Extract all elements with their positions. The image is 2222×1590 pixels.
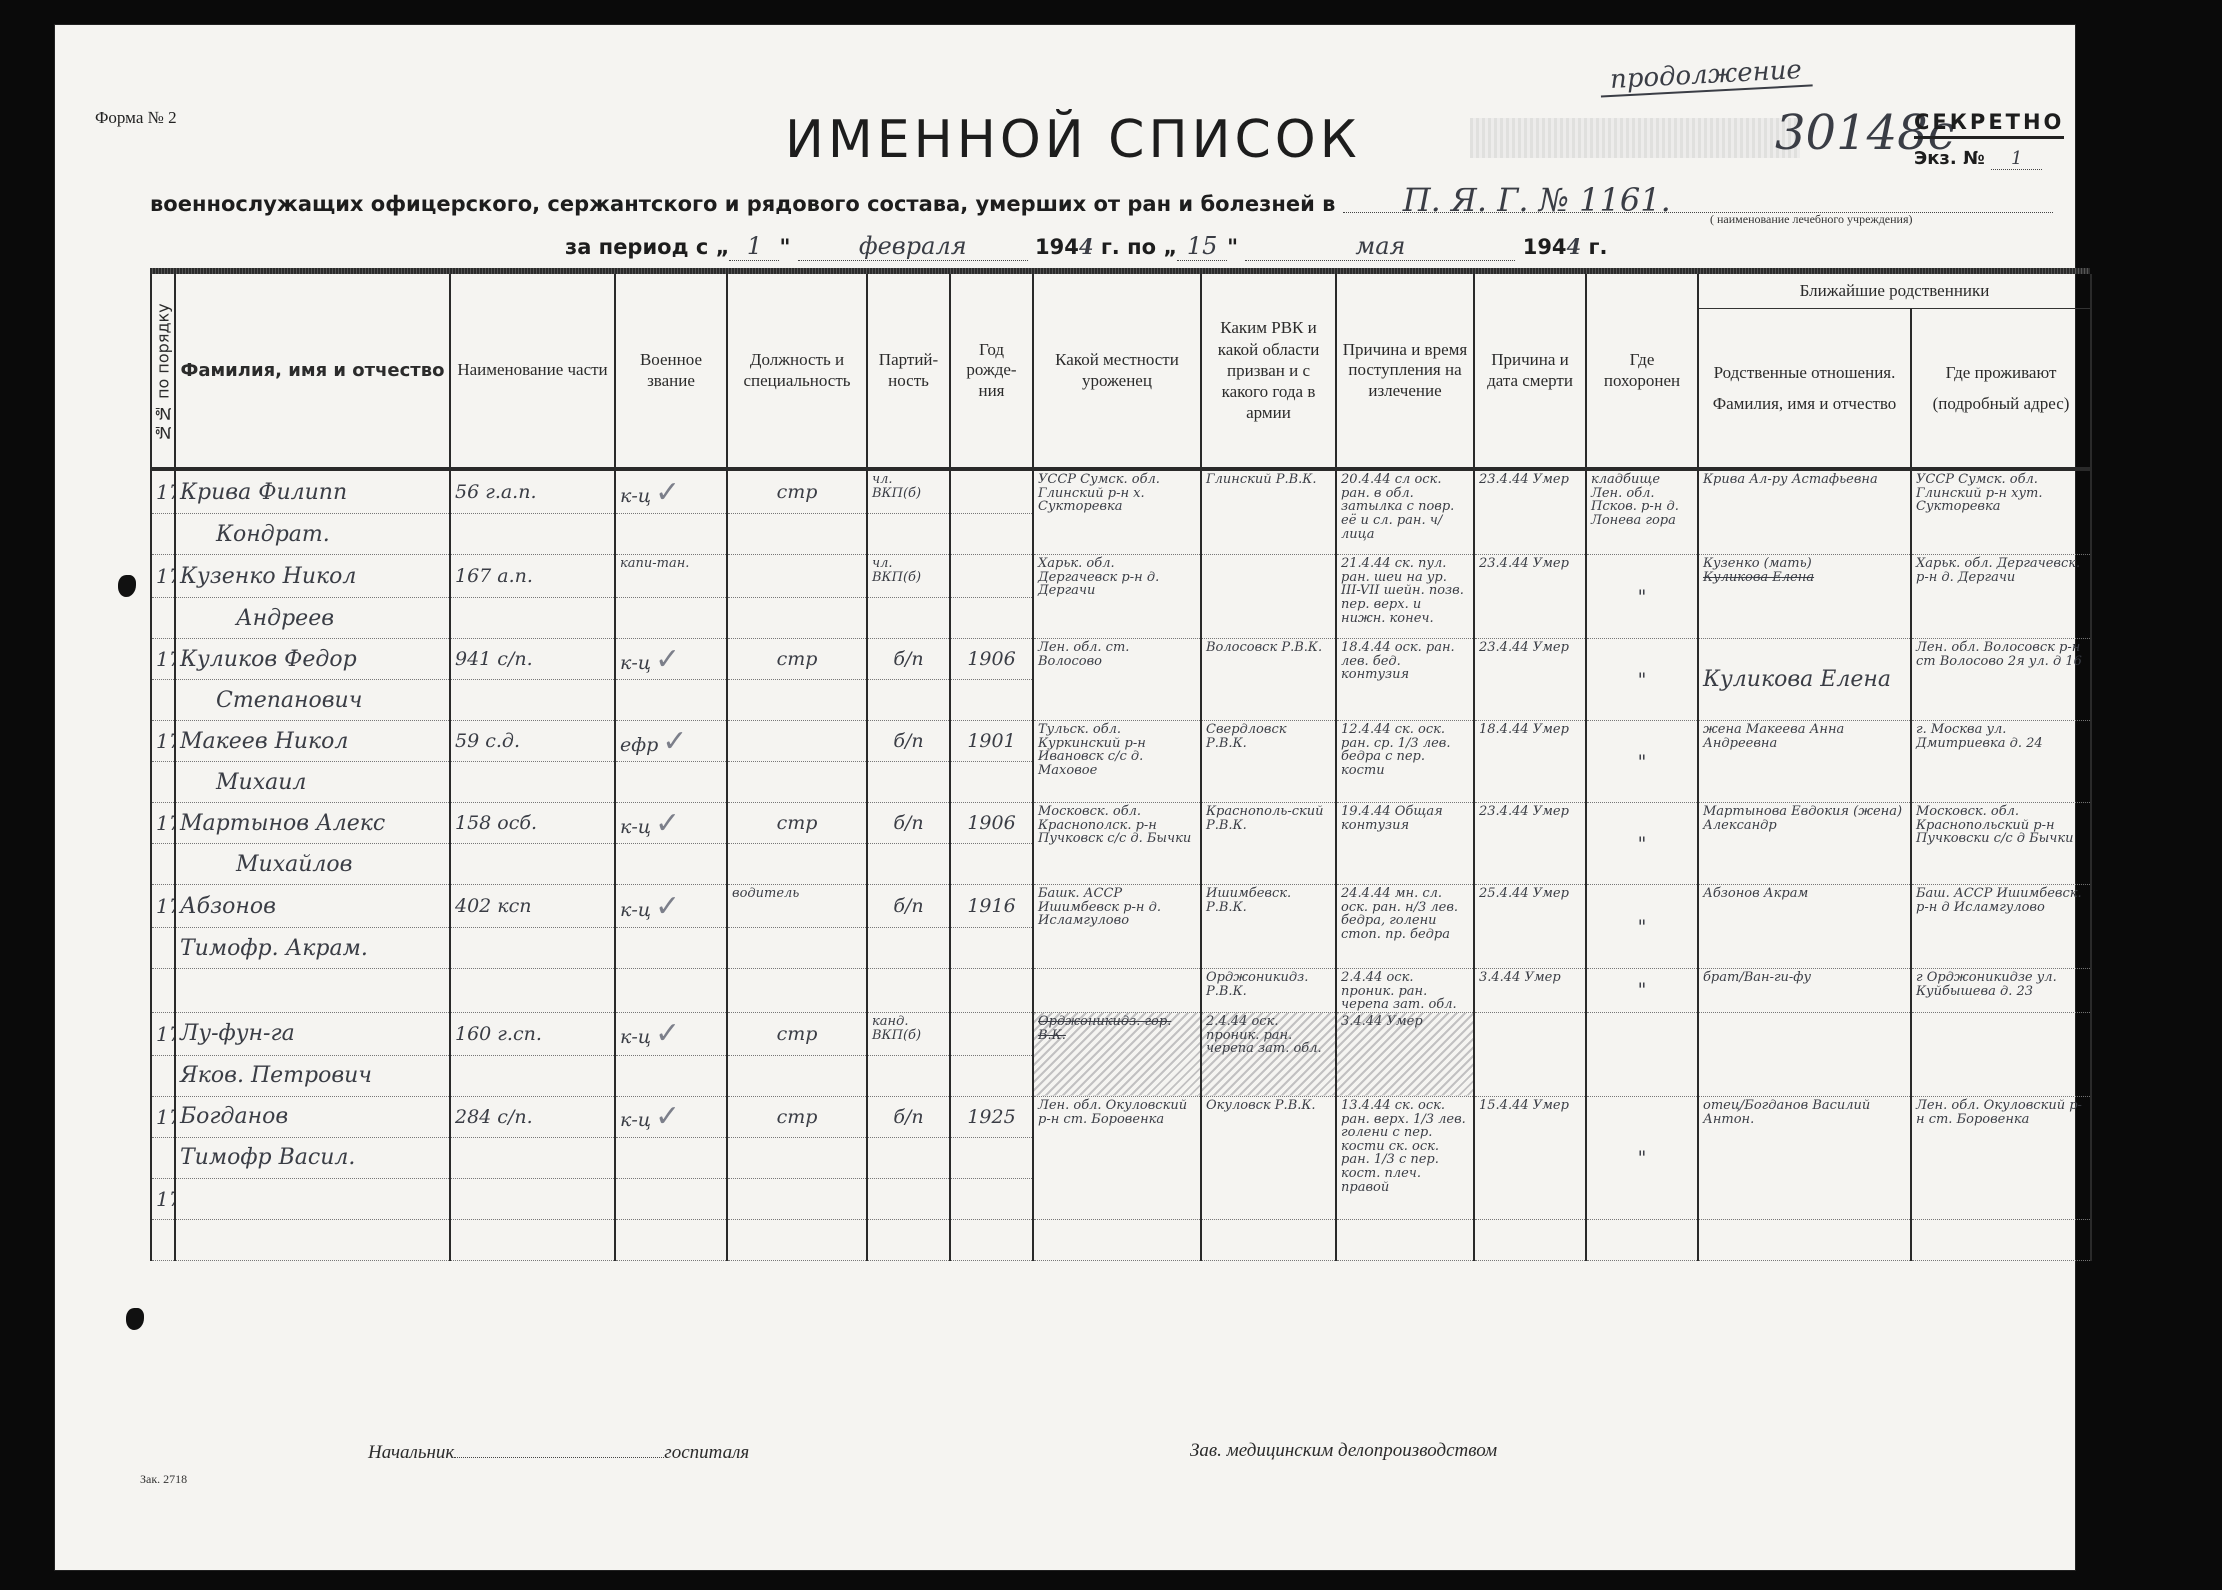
admission-struck: 3.4.44 Умер [1336,1012,1474,1096]
checkmark-icon: ✓ [655,1099,680,1134]
checkmark-icon: ✓ [655,806,680,841]
row-number: 171 [151,469,175,514]
col-birth-year: Год рожде-ния [950,274,1033,469]
relative-address: УССР Сумск. обл. Глинский р-н хут. Сукто… [1911,469,2091,555]
position: стр [727,1012,867,1055]
table-row: 178 Богданов 284 с/п. к-ц✓ стр б/п 1925 … [151,1096,2091,1137]
birth-year: 1901 [950,721,1033,762]
death: 23.4.44 Умер [1474,555,1586,639]
row-number: 176 [151,885,175,928]
burial-place: " [1586,885,1698,969]
birthplace: Башк. АССР Ишимбевск р-н д. Исламгулово [1033,885,1201,969]
period-to-year-prefix: 194 [1523,235,1567,259]
col-name: Фамилия, имя и отчество [175,274,450,469]
chief-signature-field [454,1457,664,1458]
col-rank: Военное звание [615,274,727,469]
relative-name: Абзонов Акрам [1698,885,1911,969]
hospital-label: госпиталя [664,1442,749,1463]
burial-place: " [1586,639,1698,721]
col-birthplace: Какой местности уроженец [1033,274,1201,469]
relative-address: Московск. обл. Краснопольский р-н Пучков… [1911,803,2091,885]
soldier-name: Богданов [175,1096,450,1137]
col-admission: Причина и время поступления на излечение [1336,274,1474,469]
casualty-table: №№ по порядку Фамилия, имя и отчество На… [150,274,2092,1261]
table-row: 174 Макеев Никол 59 с.д. ефр✓ б/п 1901 Т… [151,721,2091,762]
burial-place: " [1586,803,1698,885]
copy-value: 1 [1991,148,2042,170]
relative-name: Мартынова Евдокия (жена) Александр [1698,803,1911,885]
col-num: №№ по порядку [151,274,175,469]
records-head-line: Зав. медицинским делопроизводством [1190,1440,1497,1462]
party: б/п [867,803,950,844]
burial-place [1586,1012,1698,1096]
rvk: Орджоникидз. Р.В.К. [1201,969,1336,1013]
birthplace: Тульск. обл. Куркинский р-н Ивановск с/с… [1033,721,1201,803]
soldier-patronymic: Тимофр. Акрам. [175,928,450,969]
relative-address: Лен. обл. Окуловский р-н ст. Боровенка [1911,1096,2091,1219]
party: чл. ВКП(б) [867,555,950,598]
rank: к-ц✓ [615,885,727,928]
birth-year: 1906 [950,803,1033,844]
birthplace: Московск. обл. Краснополск. р-н Пучковск… [1033,803,1201,885]
table-row: 177 Лу-фун-га 160 г.сп. к-ц✓ стр канд. В… [151,1012,2091,1055]
unit: 59 с.д. [450,721,615,762]
soldier-patronymic: Андреев [175,598,450,639]
position: стр [727,469,867,514]
relative-address: г Орджоникидзе ул. Куйбышева д. 23 [1911,969,2091,1013]
soldier-name: Крива Филипп [175,469,450,514]
period-to-year-digit: 4 [1567,234,1582,259]
rank: к-ц✓ [615,803,727,844]
institution-field: П. Я. Г. № 1161. [1343,188,2053,213]
table-row: 173. Куликов Федор 941 с/п. к-ц✓ стр б/п… [151,639,2091,680]
death: 18.4.44 Умер [1474,721,1586,803]
col-relatives-address: Где проживают (подробный адрес) [1911,309,2091,470]
position: стр [727,639,867,680]
death: 23.4.44 Умер [1474,639,1586,721]
burial-place: " [1586,721,1698,803]
admission: 21.4.44 ск. пул. ран. шеи на ур. III-VII… [1336,555,1474,639]
unit: 402 ксп [450,885,615,928]
birthplace: Лен. обл. ст. Волосово [1033,639,1201,721]
rvk: Свердловск Р.В.К. [1201,721,1336,803]
death: 3.4.44 Умер [1474,969,1586,1013]
checkmark-icon: ✓ [655,642,680,677]
soldier-name: Абзонов [175,885,450,928]
period-prefix: за период с „ [565,235,729,259]
checkmark-icon: ✓ [655,889,680,924]
rvk: Ишимбевск. Р.В.К. [1201,885,1336,969]
institution-note: ( наименование лечебного учреждения) [1710,212,1912,227]
birthplace: Харьк. обл. Дергачевск р-н д. Дергачи [1033,555,1201,639]
checkmark-icon: ✓ [655,1016,680,1051]
soldier-patronymic: Тимофр Васил. [175,1137,450,1178]
relative-address: Лен. обл. Волосовск р-н ст Волосово 2я у… [1911,639,2091,721]
soldier-name: Кузенко Никол [175,555,450,598]
unit: 941 с/п. [450,639,615,680]
birthplace [1033,969,1201,1013]
unit: 158 осб. [450,803,615,844]
soldier-patronymic: Михайлов [175,844,450,885]
burial-place: " [1586,969,1698,1013]
checkmark-icon: ✓ [655,475,680,510]
unit: 284 с/п. [450,1096,615,1137]
col-relatives-group: Ближайшие родственники [1698,274,2091,309]
soldier-name: Лу-фун-га [175,1012,450,1055]
table-row-empty [151,1219,2091,1260]
row-number: 177 [151,1012,175,1055]
burial-place: " [1586,1096,1698,1219]
rank: к-ц✓ [615,1096,727,1137]
birthplace: УССР Сумск. обл. Глинский р-н х. Сукторе… [1033,469,1201,555]
rvk [1201,555,1336,639]
row-number: 174 [151,721,175,762]
admission: 18.4.44 оск. ран. лев. бед. контузия [1336,639,1474,721]
period-to-day: 15 [1177,232,1227,261]
admission: 13.4.44 ск. оск. ран. верх. 1/3 лев. гол… [1336,1096,1474,1219]
soldier-name: Мартынов Алекс [175,803,450,844]
period-to-label: г. по „ [1101,235,1177,259]
unit: 160 г.сп. [450,1012,615,1055]
admission: 2.4.44 оск. проник. ран. черепа зат. обл… [1336,969,1474,1013]
chief-label: Начальник [368,1442,454,1463]
col-buried: Где похоронен [1586,274,1698,469]
birth-year [950,555,1033,598]
death: 23.4.44 Умер [1474,803,1586,885]
row-number: 173. [151,639,175,680]
secret-label: СЕКРЕТНО [1914,110,2064,139]
table-row: 175 Мартынов Алекс 158 осб. к-ц✓ стр б/п… [151,803,2091,844]
burial-place: " [1586,555,1698,639]
period-to-month: мая [1245,232,1515,261]
rvk: Краснополь-ский Р.В.К. [1201,803,1336,885]
col-relatives-name: Родственные отношения. Фамилия, имя и от… [1698,309,1911,470]
col-party: Партий-ность [867,274,950,469]
party: б/п [867,721,950,762]
period-from-year-digit: 4 [1079,234,1094,259]
copy-label: Экз. № [1914,148,1985,169]
col-unit: Наименование части [450,274,615,469]
table-row: 171 Крива Филипп 56 г.а.п. к-ц✓ стр чл. … [151,469,2091,514]
form-number: Форма № 2 [95,108,177,128]
birthplace: Лен. обл. Окуловский р-н ст. Боровенка [1033,1096,1201,1219]
year-suffix: г. [1588,235,1607,259]
rvk: Глинский Р.В.К. [1201,469,1336,555]
rvk: Волосовск Р.В.К. [1201,639,1336,721]
relative-name: брат/Ван-ги-фу [1698,969,1911,1013]
unit: 56 г.а.п. [450,469,615,514]
relative-address: Баш. АССР Ишимбевск. р-н д Исламгулово [1911,885,2091,969]
soldier-name: Куликов Федор [175,639,450,680]
party: б/п [867,885,950,928]
birth-year [950,469,1033,514]
soldier-patronymic: Кондрат. [175,514,450,555]
print-order-number: Зак. 2718 [140,1472,187,1487]
table-row: Орджоникидз. Р.В.К. 2.4.44 оск. проник. … [151,969,2091,1013]
birthplace-struck: Орджоникидз. гор. В.К. [1033,1012,1201,1096]
birth-year: 1925 [950,1096,1033,1137]
rvk-struck: 2.4.44 оск. проник. ран. черепа зат. обл… [1201,1012,1336,1096]
position: стр [727,803,867,844]
admission: 12.4.44 ск. оск. ран. ср. 1/3 лев. бедра… [1336,721,1474,803]
death: 23.4.44 Умер [1474,469,1586,555]
death: 25.4.44 Умер [1474,885,1586,969]
relative-name: жена Макеева Анна Андреевна [1698,721,1911,803]
period-from-year-prefix: 194 [1035,235,1079,259]
unit: 167 а.п. [450,555,615,598]
relative-name: Крива Ал-ру Астафьевна [1698,469,1911,555]
relative-name: Кузенко (мать) Куликова Елена [1698,555,1911,639]
birth-year: 1906 [950,639,1033,680]
relative-name: Куликова Елена [1698,639,1911,721]
party: б/п [867,1096,950,1137]
position: стр [727,1096,867,1137]
admission: 24.4.44 мн. сл. оск. ран. н/3 лев. бедра… [1336,885,1474,969]
rank: к-ц✓ [615,639,727,680]
col-rvk: Каким РВК и какой области призван и с ка… [1201,274,1336,469]
relative-address: г. Москва ул. Дмитриевка д. 24 [1911,721,2091,803]
relative-address: Харьк. обл. Дергачевск. р-н д. Дергачи [1911,555,2091,639]
relative-address [1911,1012,2091,1096]
soldier-name: Макеев Никол [175,721,450,762]
period-from-day: 1 [729,232,779,261]
death [1474,1012,1586,1096]
table-row: 172 Кузенко Никол 167 а.п. капи-тан. чл.… [151,555,2091,598]
position [727,555,867,598]
soldier-patronymic: Степанович [175,680,450,721]
row-number: 175 [151,803,175,844]
chief-signature-line: Начальникгоспиталя [368,1442,749,1464]
document-title: ИМЕННОЙ СПИСОК [785,110,1361,170]
soldier-patronymic: Яков. Петрович [175,1055,450,1096]
checkmark-icon: ✓ [662,724,687,759]
period-from-month: февраля [798,232,1028,261]
relative-name-text: Кузенко (мать) [1703,557,1906,571]
rvk: Окуловск Р.В.К. [1201,1096,1336,1219]
position: водитель [727,885,867,928]
relative-name-struck: Куликова Елена [1703,571,1906,585]
col-death: Причина и дата смерти [1474,274,1586,469]
copy-number: Экз. № 1 [1914,148,2042,169]
rank: к-ц✓ [615,469,727,514]
rank: ефр✓ [615,721,727,762]
col-position: Должность и специальность [727,274,867,469]
party: канд. ВКП(б) [867,1012,950,1055]
death: 15.4.44 Умер [1474,1096,1586,1219]
table-row: 176 Абзонов 402 ксп к-ц✓ водитель б/п 19… [151,885,2091,928]
relative-name: отец/Богданов Василий Антон. [1698,1096,1911,1219]
party: б/п [867,639,950,680]
position [727,721,867,762]
row-number: 179 [151,1178,175,1219]
admission: 19.4.44 Общая контузия [1336,803,1474,885]
burial-place: кладбище Лен. обл. Псков. р-н д. Лонева … [1586,469,1698,555]
admission: 20.4.44 сл оск. ран. в обл. затылка с по… [1336,469,1474,555]
birth-year [950,1012,1033,1055]
rank: капи-тан. [615,555,727,598]
row-number: 172 [151,555,175,598]
relative-name [1698,1012,1911,1096]
birth-year: 1916 [950,885,1033,928]
subtitle-text: военнослужащих офицерского, сержантского… [150,192,1335,216]
soldier-patronymic: Михаил [175,762,450,803]
period-line: за период с „1" февраля 1944 г. по „15" … [565,232,1607,261]
party: чл. ВКП(б) [867,469,950,514]
faded-stamp [1470,118,1800,158]
rank: к-ц✓ [615,1012,727,1055]
row-number: 178 [151,1096,175,1137]
